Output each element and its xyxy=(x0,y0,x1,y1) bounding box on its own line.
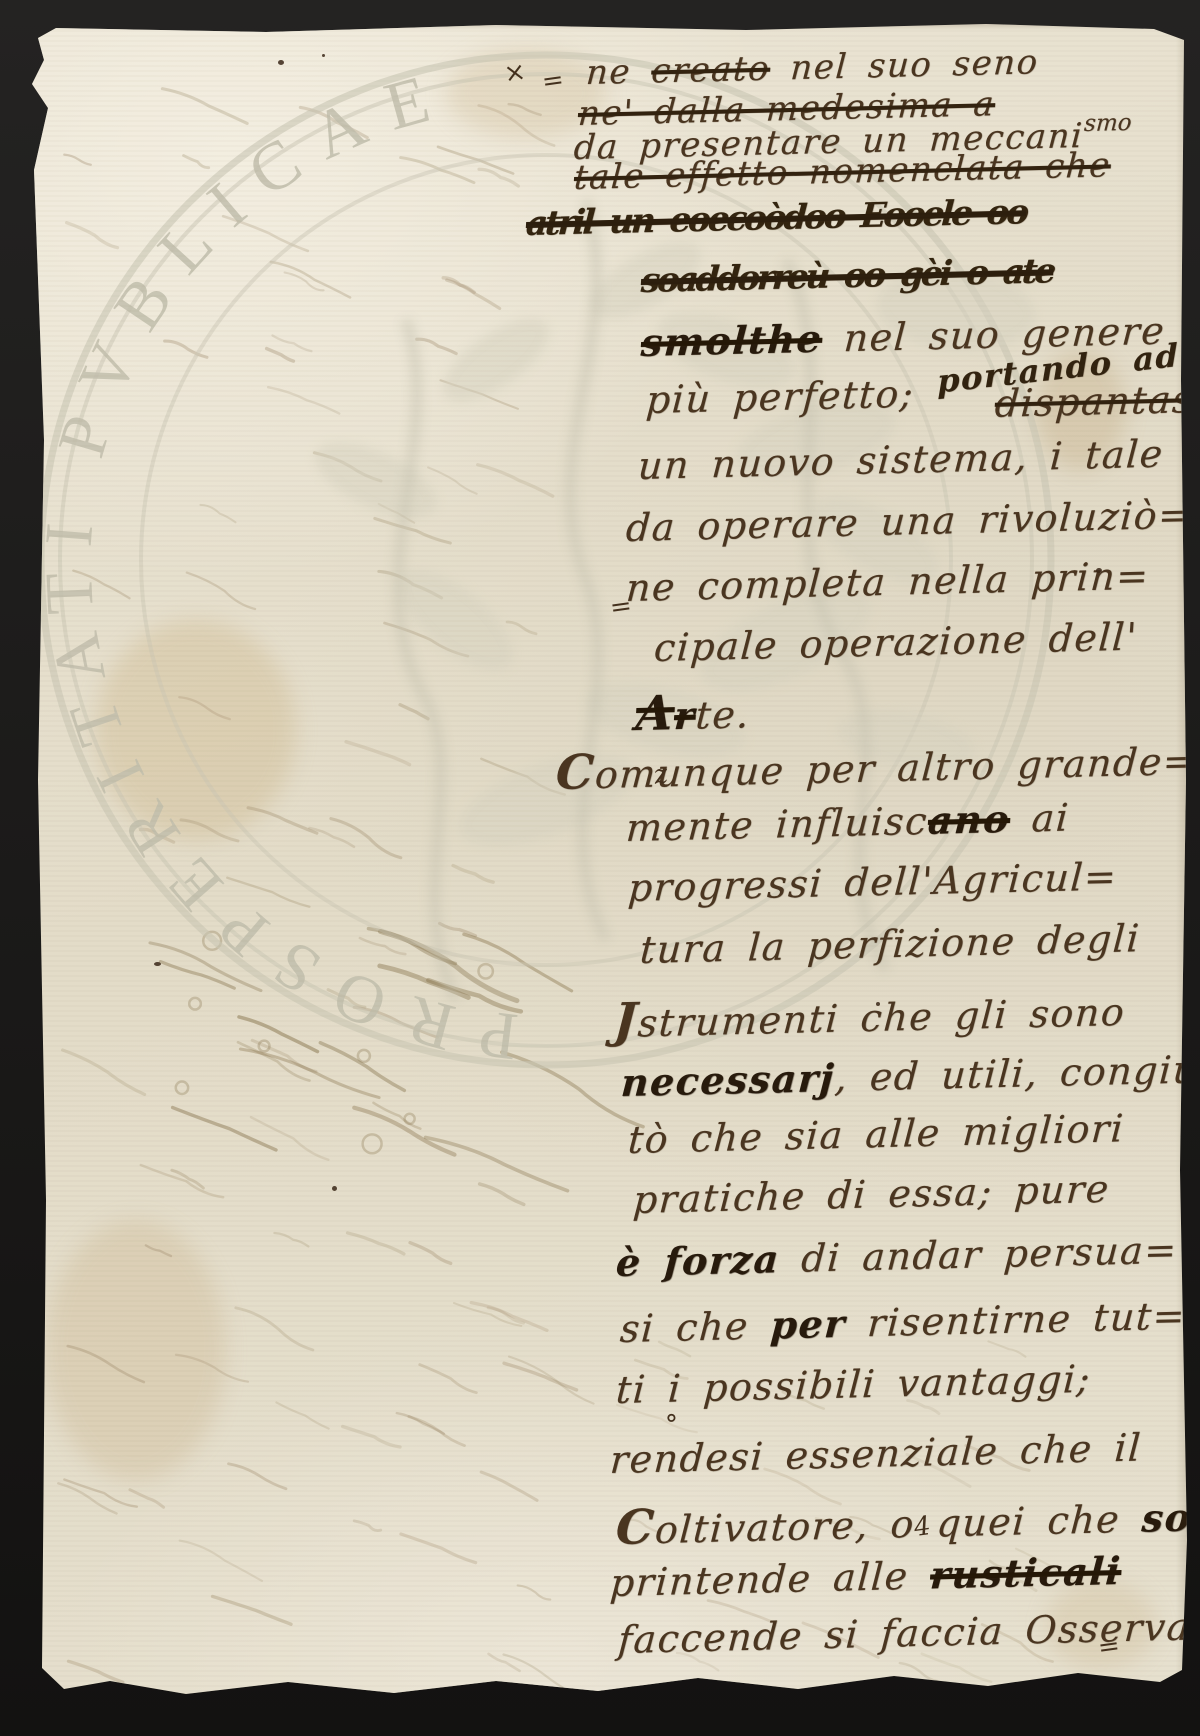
manuscript-segment: ai xyxy=(1009,796,1071,841)
manuscript-line: progressi dell'Agricul= xyxy=(627,856,1119,909)
manuscript-segment: progressi dell'Agricul= xyxy=(627,854,1119,910)
manuscript-segment: ne completa nella prin= xyxy=(625,554,1151,610)
manuscript-line: Comunque per altro grande= xyxy=(554,732,1198,799)
manuscript-line: da operare una rivoluziò= xyxy=(625,495,1193,550)
manuscript-segment: da operare una rivoluziò= xyxy=(625,493,1193,550)
margin-continuation-mark-middle: = xyxy=(608,591,634,624)
manuscript-segment: per xyxy=(769,1301,847,1348)
page-right-shadow xyxy=(1176,20,1192,1712)
manuscript-segment: smolthe xyxy=(640,316,824,365)
page-bottom-deckle-shadow xyxy=(26,1692,1192,1712)
manuscript-line: atril un eoecoòdoo Eooele oo xyxy=(525,194,1027,243)
manuscript-segment: pratiche di essa; pure xyxy=(632,1167,1112,1222)
manuscript-segment: Comunque per altro grande= xyxy=(554,739,1197,798)
manuscript-segment: dispantassa xyxy=(994,378,1200,426)
ink-speck xyxy=(322,54,325,57)
manuscript-segment: te. xyxy=(694,692,751,737)
manuscript-segment: nel suo seno xyxy=(769,42,1040,88)
manuscript-segment: creato xyxy=(650,49,771,92)
manuscript-line: tura la perfizione degli xyxy=(639,918,1142,972)
manuscript-segment: tò che sia alle migliori xyxy=(627,1106,1126,1162)
manuscript-line: mente influiscano ai xyxy=(625,797,1071,850)
manuscript-segment: rusticali xyxy=(929,1548,1123,1598)
manuscript-text-block: ne creato nel suo senone' dalla medesima… xyxy=(26,20,1192,1712)
ink-speck xyxy=(332,1186,337,1191)
manuscript-segment: Coltivatore, o quei che xyxy=(614,1497,1143,1553)
manuscript-segment: , ed utili, congiun= xyxy=(833,1046,1200,1100)
manuscript-line: si che per risentirne tut= xyxy=(619,1295,1188,1351)
manuscript-segment: ti i possibili vantaggi; xyxy=(615,1357,1093,1412)
manuscript-line: ne completa nella prin= xyxy=(625,556,1151,610)
manuscript-segment: un nuovo sistema, i tale xyxy=(637,432,1166,488)
line-end-continuation-mark-bottom: = xyxy=(1096,1631,1122,1664)
scan-background: PROSPERITATI PVBLICAE xyxy=(0,0,1200,1736)
manuscript-segment: mente influisc xyxy=(625,799,930,850)
manuscript-line: rendesi essenziale che il xyxy=(609,1427,1143,1481)
manuscript-line: tò che sia alle migliori xyxy=(627,1108,1126,1162)
manuscript-segment: Jstrumenti che gli sono xyxy=(612,990,1126,1046)
manuscript-line: Jstrumenti che gli sono xyxy=(612,983,1127,1047)
manuscript-line: un nuovo sistema, i tale xyxy=(637,434,1165,488)
manuscript-segment: soaddorreù oo gèi o ate xyxy=(640,251,1055,301)
manuscript-line: necessarj, ed utili, congiun= xyxy=(620,1047,1200,1105)
manuscript-segment: atril un eoecoòdoo Eooele oo xyxy=(525,192,1028,244)
manuscript-segment: tura la perfizione degli xyxy=(639,916,1142,972)
manuscript-segment: smo xyxy=(1083,110,1132,137)
margin-continuation-mark-top: = xyxy=(540,65,566,98)
manuscript-line: più perfetto; portando addispantassa xyxy=(645,366,1200,422)
manuscript-segment: si che xyxy=(619,1303,772,1351)
manuscript-line: è forza di andar persua= xyxy=(615,1229,1179,1285)
page-top-shadow xyxy=(26,20,1192,30)
manuscript-segment: ne xyxy=(585,51,653,93)
manuscript-line: Arte. xyxy=(634,685,752,740)
manuscript-segment: cipale operazione dell' xyxy=(653,615,1139,670)
manuscript-page: PROSPERITATI PVBLICAE xyxy=(26,20,1192,1712)
manuscript-line: pratiche di essa; pure xyxy=(632,1169,1111,1222)
ink-speck xyxy=(1096,568,1102,573)
ink-speck xyxy=(278,60,284,65)
manuscript-line: soaddorreù oo gèi o ate xyxy=(640,253,1055,300)
manuscript-line: ti i possibili vantaggi; xyxy=(615,1359,1093,1412)
manuscript-segment: rendesi essenziale che il xyxy=(609,1425,1143,1482)
manuscript-segment: risentirne tut= xyxy=(844,1294,1187,1346)
manuscript-line: printende alle rusticali xyxy=(609,1550,1123,1605)
manuscript-segment: necessarj xyxy=(620,1055,837,1105)
ink-speck xyxy=(876,1002,880,1006)
manuscript-segment: printende alle xyxy=(609,1553,932,1605)
manuscript-segment: di andar persua= xyxy=(778,1228,1179,1281)
margin-scratch-mark: × xyxy=(502,57,528,90)
manuscript-segment: più perfetto; xyxy=(645,371,938,422)
manuscript-segment: è forza xyxy=(615,1236,782,1285)
ink-speck xyxy=(154,962,161,966)
manuscript-line: Coltivatore, o quei che so xyxy=(614,1488,1193,1554)
manuscript-segment: ano xyxy=(927,796,1012,843)
manuscript-line: cipale operazione dell' xyxy=(653,617,1139,670)
interline-number-mark: 4 xyxy=(912,1511,933,1543)
manuscript-segment: Ar xyxy=(634,693,697,739)
